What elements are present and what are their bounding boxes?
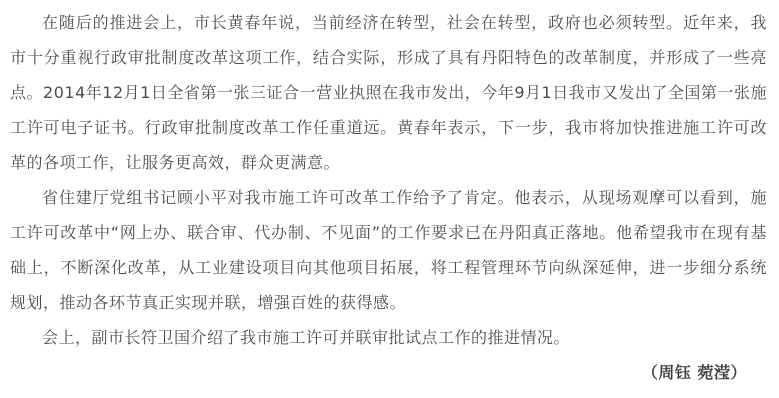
paragraph-1: 在随后的推进会上，市长黄春年说，当前经济在转型，社会在转型，政府也必须转型。近年… <box>10 5 767 180</box>
article-page: 在随后的推进会上，市长黄春年说，当前经济在转型，社会在转型，政府也必须转型。近年… <box>0 0 779 398</box>
byline: （周钰 菀滢） <box>10 355 767 390</box>
paragraph-3: 会上，副市长符卫国介绍了我市施工许可并联审批试点工作的推进情况。 <box>10 320 767 355</box>
paragraph-2: 省住建厅党组书记顾小平对我市施工许可改革工作给予了肯定。他表示，从现场观摩可以看… <box>10 180 767 320</box>
article-body: 在随后的推进会上，市长黄春年说，当前经济在转型，社会在转型，政府也必须转型。近年… <box>10 5 767 390</box>
